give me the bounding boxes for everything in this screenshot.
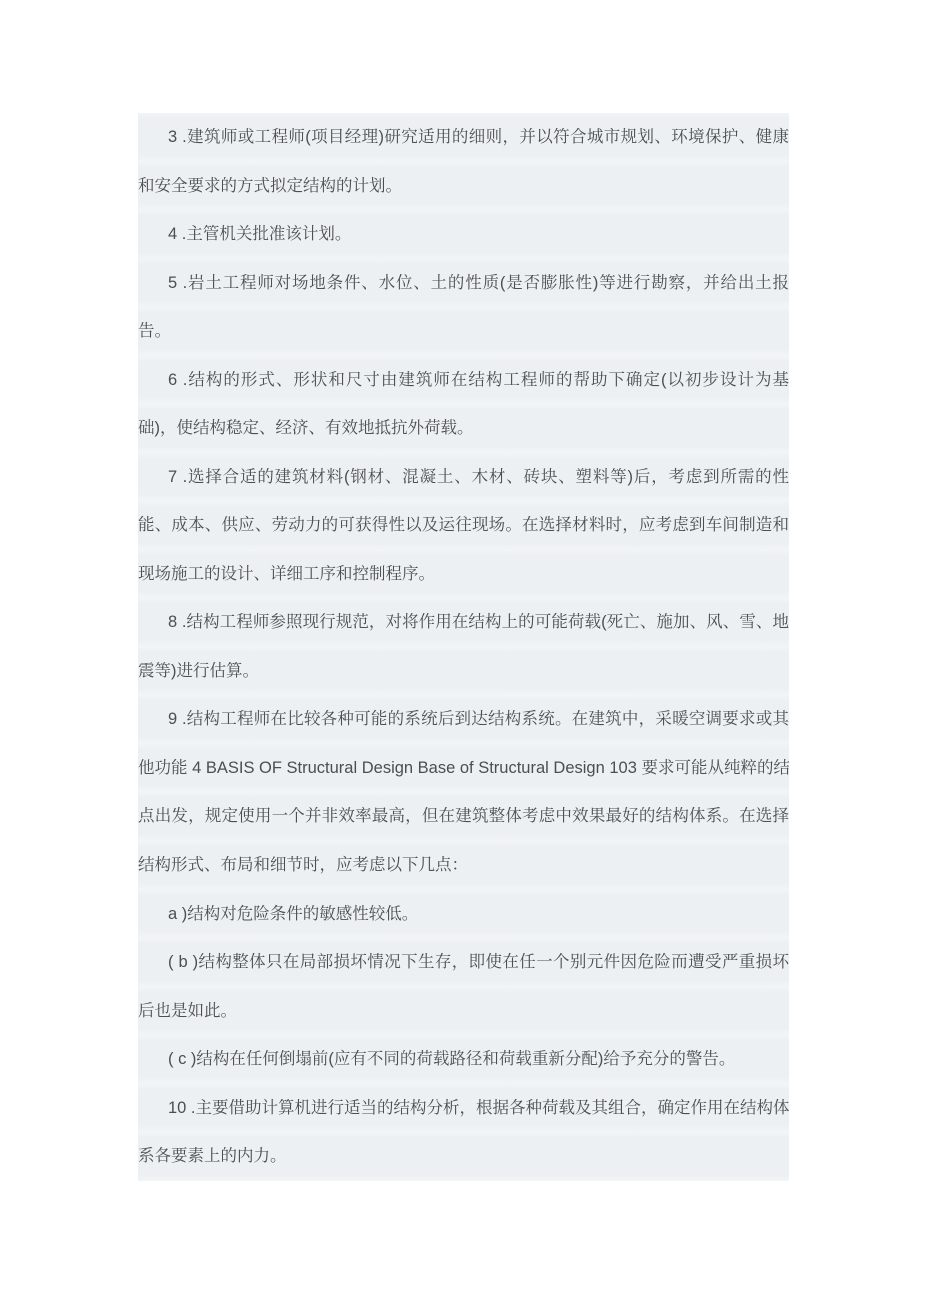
text-line: 他功能 4 BASIS OF Structural Design Base of… [138,744,789,793]
text-line: 后也是如此。 [138,987,789,1036]
text-line: 3 .建筑师或工程师(项目经理)研究适用的细则，并以符合城市规划、环境保护、健康 [138,113,789,162]
text-line: 震等)进行估算。 [138,647,789,696]
text-line: 告。 [138,307,789,356]
text-line: 和安全要求的方式拟定结构的计划。 [138,162,789,211]
text-line: 8 .结构工程师参照现行规范，对将作用在结构上的可能荷载(死亡、施加、风、雪、地 [138,598,789,647]
document-page: 3 .建筑师或工程师(项目经理)研究适用的细则，并以符合城市规划、环境保护、健康… [0,0,926,1309]
text-line: ( b )结构整体只在局部损坏情况下生存，即使在任一个别元件因危险而遭受严重损坏 [138,938,789,987]
document-text-block: 3 .建筑师或工程师(项目经理)研究适用的细则，并以符合城市规划、环境保护、健康… [138,113,789,1181]
text-line: 5 .岩土工程师对场地条件、水位、土的性质(是否膨胀性)等进行勘察，并给出土报 [138,259,789,308]
text-line: 能、成本、供应、劳动力的可获得性以及运往现场。在选择材料时，应考虑到车间制造和 [138,501,789,550]
text-line: 4 .主管机关批准该计划。 [138,210,789,259]
text-line: 点出发，规定使用一个并非效率最高，但在建筑整体考虑中效果最好的结构体系。在选择 [138,792,789,841]
text-line: 础)，使结构稳定、经济、有效地抵抗外荷载。 [138,404,789,453]
text-line: 7 .选择合适的建筑材料(钢材、混凝土、木材、砖块、塑料等)后，考虑到所需的性 [138,453,789,502]
text-line: 系各要素上的内力。 [138,1132,789,1181]
text-line: ( c )结构在任何倒塌前(应有不同的荷载路径和荷载重新分配)给予充分的警告。 [138,1035,789,1084]
text-line: 9 .结构工程师在比较各种可能的系统后到达结构系统。在建筑中，采暖空调要求或其 [138,695,789,744]
text-line: 现场施工的设计、详细工序和控制程序。 [138,550,789,599]
text-line: 结构形式、布局和细节时，应考虑以下几点： [138,841,789,890]
text-line: 10 .主要借助计算机进行适当的结构分析，根据各种荷载及其组合，确定作用在结构体 [138,1084,789,1133]
text-line: 6 .结构的形式、形状和尺寸由建筑师在结构工程师的帮助下确定(以初步设计为基 [138,356,789,405]
text-line: a )结构对危险条件的敏感性较低。 [138,890,789,939]
